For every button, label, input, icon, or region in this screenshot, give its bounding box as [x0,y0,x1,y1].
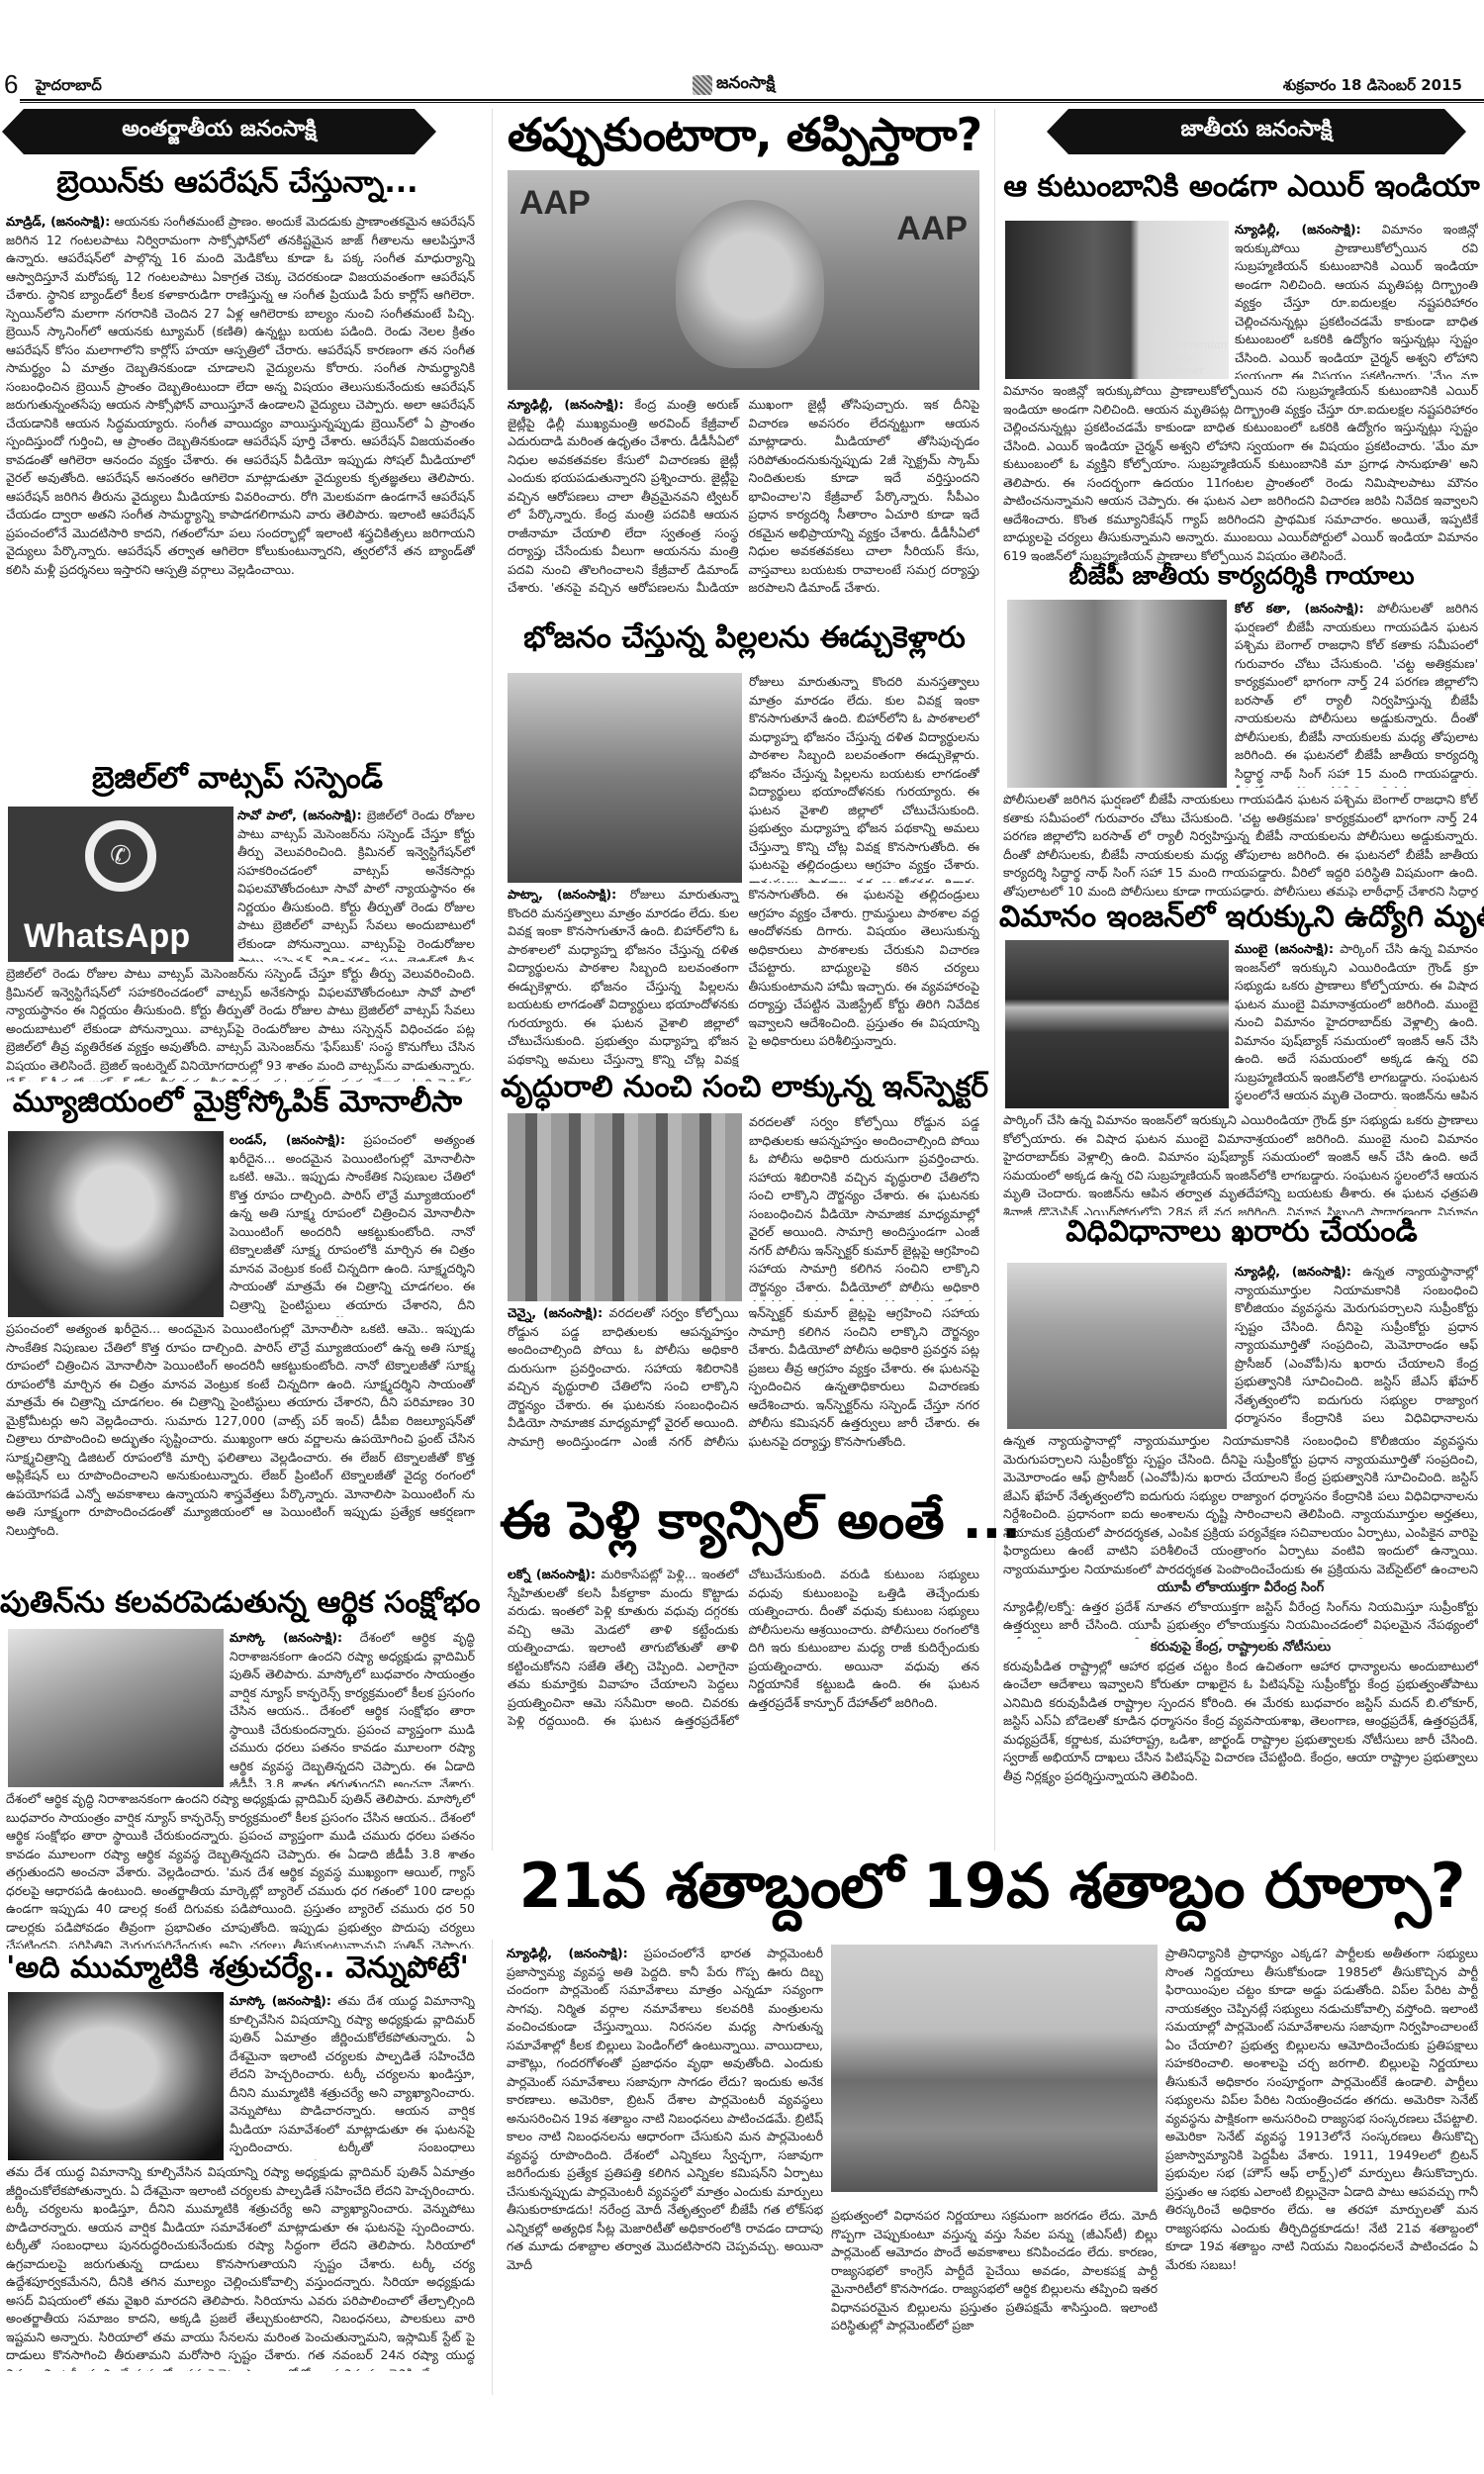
children-eating-photo [508,673,742,883]
section-banner-national: జాతీయ జనంసాక్షి [1068,109,1444,154]
article-body: ప్రపంచంలో అత్యంత ఖరీదైన... అందమైన పెయింట… [6,1321,475,1538]
article-body: తమ దేశ యుద్ధ విమానాన్ని కూల్చివేసిన విషయ… [230,1993,475,2160]
aap-banner-text: AAP [896,210,968,248]
article-body: దేశంలో ఆర్థిక వృద్ధి నిరాశాజనకంగా ఉందని … [230,1630,475,1787]
article-body: ఆయనకు సంగీతమంటే ప్రాణం. అందుకే మెదడుకు ప… [6,214,475,577]
byline: మాస్కో (జనంసాక్షి): [230,1993,331,2008]
article-putin-betrayal: మాస్కో (జనంసాక్షి): తమ దేశ యుద్ధ విమానాన… [230,1992,475,2160]
phone-icon: ✆ [107,842,135,870]
photo-caption: Ravi Subramanian Service Engineer who di… [1154,326,1229,379]
article-air-india-continued: విమానం ఇంజిన్లో ఇరుక్కుపోయి ప్రాణాలుకోల్… [1003,382,1478,566]
article-putin-crisis-continued: దేశంలో ఆర్థిక వృద్ధి నిరాశాజనకంగా ఉందని … [6,1790,475,1949]
byline: లక్నో (జనంసాక్షి): [508,1567,596,1581]
article-body: ప్రపంచంలోనే భారత పార్లమెంటరీ ప్రజాస్వామ్… [507,1946,823,2272]
masthead-rule [20,99,1484,103]
article-parliament-col1: న్యూఢిల్లీ, (జనంసాక్షి): ప్రపంచంలోనే భార… [507,1945,823,2395]
headline-wedding: ఈ పెళ్లి క్యాన్సిల్ అంతే ... [500,1492,989,1552]
article-midday-meal-continued: పాట్నా, (జనంసాక్షి): రోజులు మారుతున్నా క… [508,886,979,1070]
article-putin-crisis: మాస్కో (జనంసాక్షి): దేశంలో ఆర్థిక వృద్ధి… [230,1629,475,1787]
headline-putin-crisis: పుతిన్‌ను కలవరపెడుతున్న ఆర్థిక సంక్షోభం [0,1586,475,1621]
headline-whatsapp: బ్రెజిల్‌లో వాట్సప్ సస్పెండ్ [0,762,475,797]
masthead: 6 హైదరాబాద్ జనంసాక్షి శుక్రవారం 18 డిసెం… [0,69,1484,101]
article-body: ఉన్నత న్యాయస్థానాల్లో న్యాయమూర్తుల నియామ… [1235,1264,1478,1429]
headline-monalisa: మ్యూజియంలో మైక్రోస్కోపిక్ మోనాలీసా [0,1086,475,1120]
article-body: కేంద్ర మంత్రి అరుణ్ జైట్లీపై ఢిల్లీ ముఖ్… [508,397,979,595]
article-inspector-continued: చెన్నై, (జనంసాక్షి): వరదలతో సర్వం కోల్పో… [508,1304,979,1492]
byline: కోల్ కతా, (జనంసాక్షి): [1235,601,1364,616]
flood-relief-photo [508,1113,742,1301]
article-collegium-continued: ఉన్నత న్యాయస్థానాల్లో న్యాయమూర్తుల నియామ… [1003,1432,1478,1578]
article-body: రోజులు మారుతున్నా కొందరి మనస్తత్వాలు మాత… [749,674,979,883]
article-body: ప్రభుత్వంలో విధానపర నిర్ణయాలు సక్రమంగా జ… [831,2208,1158,2332]
subhead-drought: కరువుపై కేంద్ర, రాష్ట్రాలకు నోటీసులు [1003,1639,1478,1658]
article-body: ప్రాతినిధ్యానికి ప్రాధాన్యం ఎక్కడ? పార్ట… [1165,1946,1478,2272]
article-putin-betrayal-continued: తమ దేశ యుద్ధ విమానాన్ని కూల్చివేసిన విషయ… [6,2163,475,2371]
byline: మాస్కో (జనంసాక్షి): [230,1630,342,1645]
article-collegium: న్యూఢిల్లీ, (జనంసాక్షి): ఉన్నత న్యాయస్థా… [1235,1263,1478,1429]
article-monalisa-continued: ప్రపంచంలో అత్యంత ఖరీదైన... అందమైన పెయింట… [6,1320,475,1582]
byline: న్యూఢిల్లీ, (జనంసాక్షి): [507,1946,628,1960]
article-body: బ్రెజిల్‌లో రెండు రోజుల పాటు వాట్సప్ మెస… [237,808,475,962]
brand: జనంసాక్షి [693,71,831,99]
brand-name: జనంసాక్షి [716,73,775,97]
supreme-court-photo [1007,1263,1227,1429]
article-parliament-col3: ప్రభుత్వంలో విధానపర నిర్ణయాలు సక్రమంగా జ… [831,2207,1158,2395]
article-wedding: లక్నో (జనంసాక్షి): మరికాసేపట్లో పెళ్లి..… [508,1566,979,1825]
headline-engine-death: విమానం ఇంజన్‌లో ఇరుక్కుని ఉద్యోగి మృతి [999,901,1484,935]
article-body: బ్రెజిల్‌లో రెండు రోజుల పాటు వాట్సప్ మెస… [6,966,475,1082]
putin-portrait-photo [8,1992,224,2160]
article-bjp-injury-continued: పోలీసులతో జరిగిన ఘర్షణలో బీజేపీ నాయకులు … [1003,791,1478,898]
article-body: న్యూఢిల్లీ/లక్నో: ఉత్తర ప్రదేశ్ నూతన లోక… [1003,1599,1478,1640]
byline: సావో పాలో, (జనంసాక్షి): [237,808,362,822]
article-engine-death-continued: పార్కింగ్ చేసి ఉన్న విమానం ఇంజన్‌లో ఇరుక… [1003,1111,1478,1215]
byline: లండన్, (జనంసాక్షి): [230,1132,345,1147]
article-engine-death: ముంబై (జనంసాక్షి): పార్కింగ్ చేసి ఉన్న వ… [1235,940,1478,1108]
article-body: పోలీసులతో జరిగిన ఘర్షణలో బీజేపీ నాయకులు … [1003,792,1478,898]
section-banner-international: అంతర్జాతీయ జనంసాక్షి [24,109,415,154]
bjp-leader-photo [1007,600,1227,788]
headline-kejriwal: తప్పుకుంటారా, తప్పిస్తారా? [500,109,989,161]
article-midday-meal: రోజులు మారుతున్నా కొందరి మనస్తత్వాలు మాత… [749,673,979,883]
article-drought-notices: కరువుపై కేంద్ర, రాష్ట్రాలకు నోటీసులు కరు… [1003,1639,1478,1842]
column-divider [492,1940,493,2395]
article-body: దేశంలో ఆర్థిక వృద్ధి నిరాశాజనకంగా ఉందని … [6,1791,475,1949]
whatsapp-photo: ✆ WhatsApp [8,807,233,962]
brand-logo-icon [693,75,712,95]
article-body: ఉన్నత న్యాయస్థానాల్లో న్యాయమూర్తుల నియామ… [1003,1433,1478,1578]
article-body: మరికాసేపట్లో పెళ్లి... ఇంతలో స్నేహితులతో… [508,1567,979,1728]
article-body: పార్కింగ్ చేసి ఉన్న విమానం ఇంజన్‌లో ఇరుక… [1003,1112,1478,1215]
article-kejriwal: న్యూఢిల్లీ, (జనంసాక్షి): కేంద్ర మంత్రి అ… [508,396,979,616]
article-up-lokayukta: యూపీ లోకాయుక్తగా వీరేంద్ర సింగ్ న్యూఢిల్… [1003,1579,1478,1639]
article-whatsapp: సావో పాలో, (జనంసాక్షి): బ్రెజిల్‌లో రెండ… [237,807,475,962]
article-body: రోజులు మారుతున్నా కొందరి మనస్తత్వాలు మాత… [508,887,979,1067]
byline: న్యూఢిల్లీ, (జనంసాక్షి): [1235,222,1361,237]
monalisa-photo [8,1131,224,1317]
headline-putin-betrayal: 'అది ముమ్మాటికి శత్రుచర్యే.. వెన్నుపోటే' [0,1951,475,1986]
article-body: తమ దేశ యుద్ధ విమానాన్ని కూల్చివేసిన విషయ… [6,2164,475,2371]
byline: చెన్నై, (జనంసాక్షి): [508,1305,603,1320]
kejriwal-photo: AAP AAP [508,170,979,390]
headline-inspector: వృద్ధురాలి నుంచి సంచి లాక్కున్న ఇన్‌స్పె… [500,1071,989,1105]
article-body: పార్కింగ్ చేసి ఉన్న విమానం ఇంజన్‌లో ఇరుక… [1235,941,1478,1108]
article-body: వరదలతో సర్వం కోల్పోయి రోడ్డున పడ్డ బాధిత… [749,1114,979,1301]
headline-bjp-injury: బీజేపీ జాతీయ కార్యదర్శికి గాయాలు [999,562,1484,591]
article-body: ప్రపంచంలో అత్యంత ఖరీదైన... అందమైన పెయింట… [230,1132,475,1317]
headline-collegium: విధివిధానాలు ఖరారు చేయండి [999,1215,1484,1250]
parliament-building-photo [831,1945,1158,2192]
article-brain-surgery: మాడ్రిడ్, (జనంసాక్షి): ఆయనకు సంగీతమంటే ప… [6,213,475,762]
column-divider [994,109,995,1851]
article-body: వరదలతో సర్వం కోల్పోయి రోడ్డున పడ్డ బాధిత… [508,1305,979,1449]
headline-parliament: 21వ శతాబ్దంలో 19వ శతాబ్దం రూల్సా? [500,1851,1484,1921]
headline-brain-surgery: బ్రెయిన్‌కు ఆపరేషన్ చేస్తున్నా... [0,166,475,201]
article-body: విమానం ఇంజిన్లో ఇరుక్కుపోయి ప్రాణాలుకోల్… [1235,222,1478,379]
airport-night-photo [1005,940,1229,1108]
article-air-india: న్యూఢిల్లీ, (జనంసాక్షి): విమానం ఇంజిన్లో… [1235,221,1478,379]
article-bjp-injury: కోల్ కతా, (జనంసాక్షి): పోలీసులతో జరిగిన … [1235,600,1478,788]
byline: పాట్నా, (జనంసాక్షి): [508,887,616,902]
headline-air-india: ఆ కుటుంబానికి అండగా ఎయిర్ ఇండియా [999,170,1484,205]
air-india-photo: Ravi Subramanian Service Engineer who di… [1005,221,1229,379]
kejriwal-figure [676,200,824,368]
byline: మాడ్రిడ్, (జనంసాక్షి): [6,214,110,229]
putin-photo [8,1629,224,1787]
whatsapp-wordmark: WhatsApp [24,917,190,956]
subhead-lokayukta: యూపీ లోకాయుక్తగా వీరేంద్ర సింగ్ [1003,1579,1478,1598]
column-divider [492,109,493,1851]
byline: న్యూఢిల్లీ, (జనంసాక్షి): [1235,1264,1351,1279]
byline: న్యూఢిల్లీ, (జనంసాక్షి): [508,397,623,412]
issue-date: శుక్రవారం 18 డిసెంబర్ 2015 [1283,73,1462,97]
article-parliament-col4: ప్రాతినిధ్యానికి ప్రాధాన్యం ఎక్కడ? పార్ట… [1165,1945,1478,2395]
article-body: పోలీసులతో జరిగిన ఘర్షణలో బీజేపీ నాయకులు … [1235,601,1478,788]
article-body: విమానం ఇంజిన్లో ఇరుక్కుపోయి ప్రాణాలుకోల్… [1003,383,1478,563]
page-number: 6 [4,69,18,99]
article-monalisa: లండన్, (జనంసాక్షి): ప్రపంచంలో అత్యంత ఖరీ… [230,1131,475,1317]
byline: ముంబై (జనంసాక్షి): [1235,941,1334,956]
article-body: కరువుపీడిత రాష్ట్రాల్లో ఆహార భద్రత చట్టం… [1003,1659,1478,1783]
article-whatsapp-continued: బ్రెజిల్‌లో రెండు రోజుల పాటు వాట్సప్ మెస… [6,965,475,1082]
aap-banner-text: AAP [519,184,591,223]
headline-midday-meal: భోజనం చేస్తున్న పిల్లలను ఈడ్చుకెళ్లారు [500,621,989,656]
newspaper-page: 6 హైదరాబాద్ జనంసాక్షి శుక్రవారం 18 డిసెం… [0,0,1484,2474]
edition-label: హైదరాబాద్ [36,73,102,97]
article-inspector: వరదలతో సర్వం కోల్పోయి రోడ్డున పడ్డ బాధిత… [749,1113,979,1301]
